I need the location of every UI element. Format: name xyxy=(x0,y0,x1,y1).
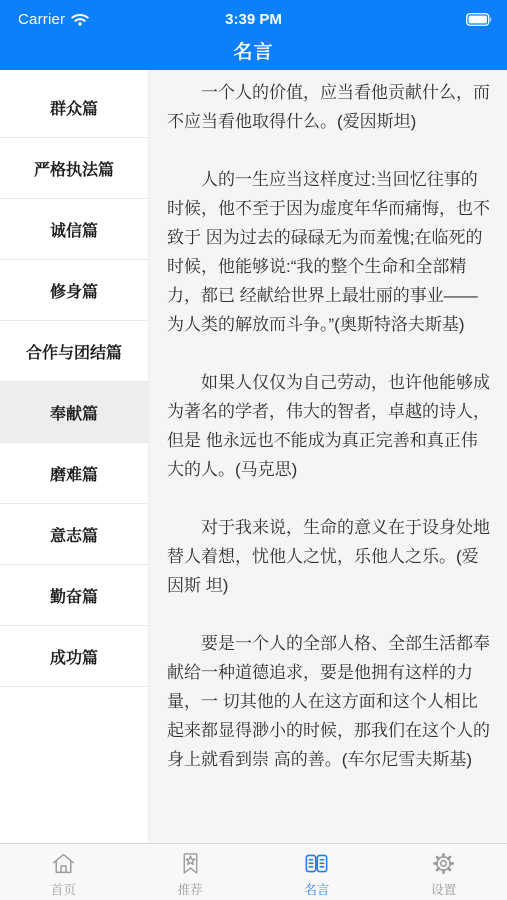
home-icon xyxy=(49,849,78,878)
status-left: Carrier xyxy=(18,11,89,28)
sidebar-item[interactable]: 合作与团结篇 xyxy=(0,321,148,382)
tab-settings-label: 设置 xyxy=(431,880,456,898)
app-window: Carrier 3:39 PM 名言 群众篇 xyxy=(0,0,507,900)
sidebar-item-label: 勤奋篇 xyxy=(50,584,98,607)
sidebar-item[interactable]: 奉献篇 xyxy=(0,382,148,443)
sidebar-item-label: 成功篇 xyxy=(50,645,98,668)
sidebar-item[interactable]: 磨难篇 xyxy=(0,443,148,504)
main-area: 群众篇 严格执法篇 诚信篇 修身篇 合作与团结篇 奉献篇 磨难篇 意志篇 勤奋篇 xyxy=(0,70,507,843)
sidebar-item-label: 合作与团结篇 xyxy=(26,340,122,363)
quotes-content[interactable]: 一个人的价值，应当看他贡献什么，而不应当看他取得什么。(爱因斯坦)人的一生应当这… xyxy=(148,70,507,843)
header: Carrier 3:39 PM 名言 xyxy=(0,0,507,70)
status-bar: Carrier 3:39 PM xyxy=(0,0,507,30)
category-sidebar[interactable]: 群众篇 严格执法篇 诚信篇 修身篇 合作与团结篇 奉献篇 磨难篇 意志篇 勤奋篇 xyxy=(0,70,148,843)
sidebar-item[interactable]: 群众篇 xyxy=(0,77,148,138)
tab-quotes[interactable]: 名言 xyxy=(254,844,381,900)
sidebar-item[interactable]: 勤奋篇 xyxy=(0,565,148,626)
open-book-icon xyxy=(302,849,331,878)
battery-icon xyxy=(466,13,493,26)
gear-icon xyxy=(429,849,458,878)
quote-paragraph: 要是一个人的全部人格、全部生活都奉献给一种道德追求，要是他拥有这样的力量，一 切… xyxy=(167,629,492,774)
sidebar-item-label: 磨难篇 xyxy=(50,462,98,485)
quote-paragraph: 人的一生应当这样度过:当回忆往事的时候，他不至于因为虚度年华而痛悔，也不致于 因… xyxy=(167,165,492,339)
tab-bar: 首页 推荐 名言 xyxy=(0,843,507,900)
status-right xyxy=(466,13,493,26)
sidebar-item-label: 奉献篇 xyxy=(50,401,98,424)
wifi-icon xyxy=(71,13,89,26)
sidebar-item[interactable]: 修身篇 xyxy=(0,260,148,321)
quote-paragraph: 如果人仅仅为自己劳动，也许他能够成为著名的学者，伟大的智者，卓越的诗人，但是 他… xyxy=(167,368,492,484)
sidebar-item-label: 群众篇 xyxy=(50,96,98,119)
carrier-label: Carrier xyxy=(18,11,65,28)
sidebar-item-label: 诚信篇 xyxy=(50,218,98,241)
tab-recommend-label: 推荐 xyxy=(178,880,203,898)
quote-paragraph: 对于我来说，生命的意义在于设身处地替人着想，忧他人之忧，乐他人之乐。(爱因斯 坦… xyxy=(167,513,492,600)
bookmark-star-icon xyxy=(176,849,205,878)
tab-settings[interactable]: 设置 xyxy=(380,844,507,900)
tab-recommend[interactable]: 推荐 xyxy=(127,844,254,900)
page-title: 名言 xyxy=(0,30,507,70)
tab-quotes-label: 名言 xyxy=(304,880,329,898)
quote-paragraph: 一个人的价值，应当看他贡献什么，而不应当看他取得什么。(爱因斯坦) xyxy=(167,78,492,136)
sidebar-item-label: 意志篇 xyxy=(50,523,98,546)
sidebar-item[interactable]: 成功篇 xyxy=(0,626,148,687)
tab-home-label: 首页 xyxy=(51,880,76,898)
sidebar-item[interactable]: 严格执法篇 xyxy=(0,138,148,199)
sidebar-item-label: 修身篇 xyxy=(50,279,98,302)
sidebar-item[interactable]: 意志篇 xyxy=(0,504,148,565)
sidebar-item-label: 严格执法篇 xyxy=(34,157,114,180)
tab-home[interactable]: 首页 xyxy=(0,844,127,900)
sidebar-item[interactable]: 诚信篇 xyxy=(0,199,148,260)
